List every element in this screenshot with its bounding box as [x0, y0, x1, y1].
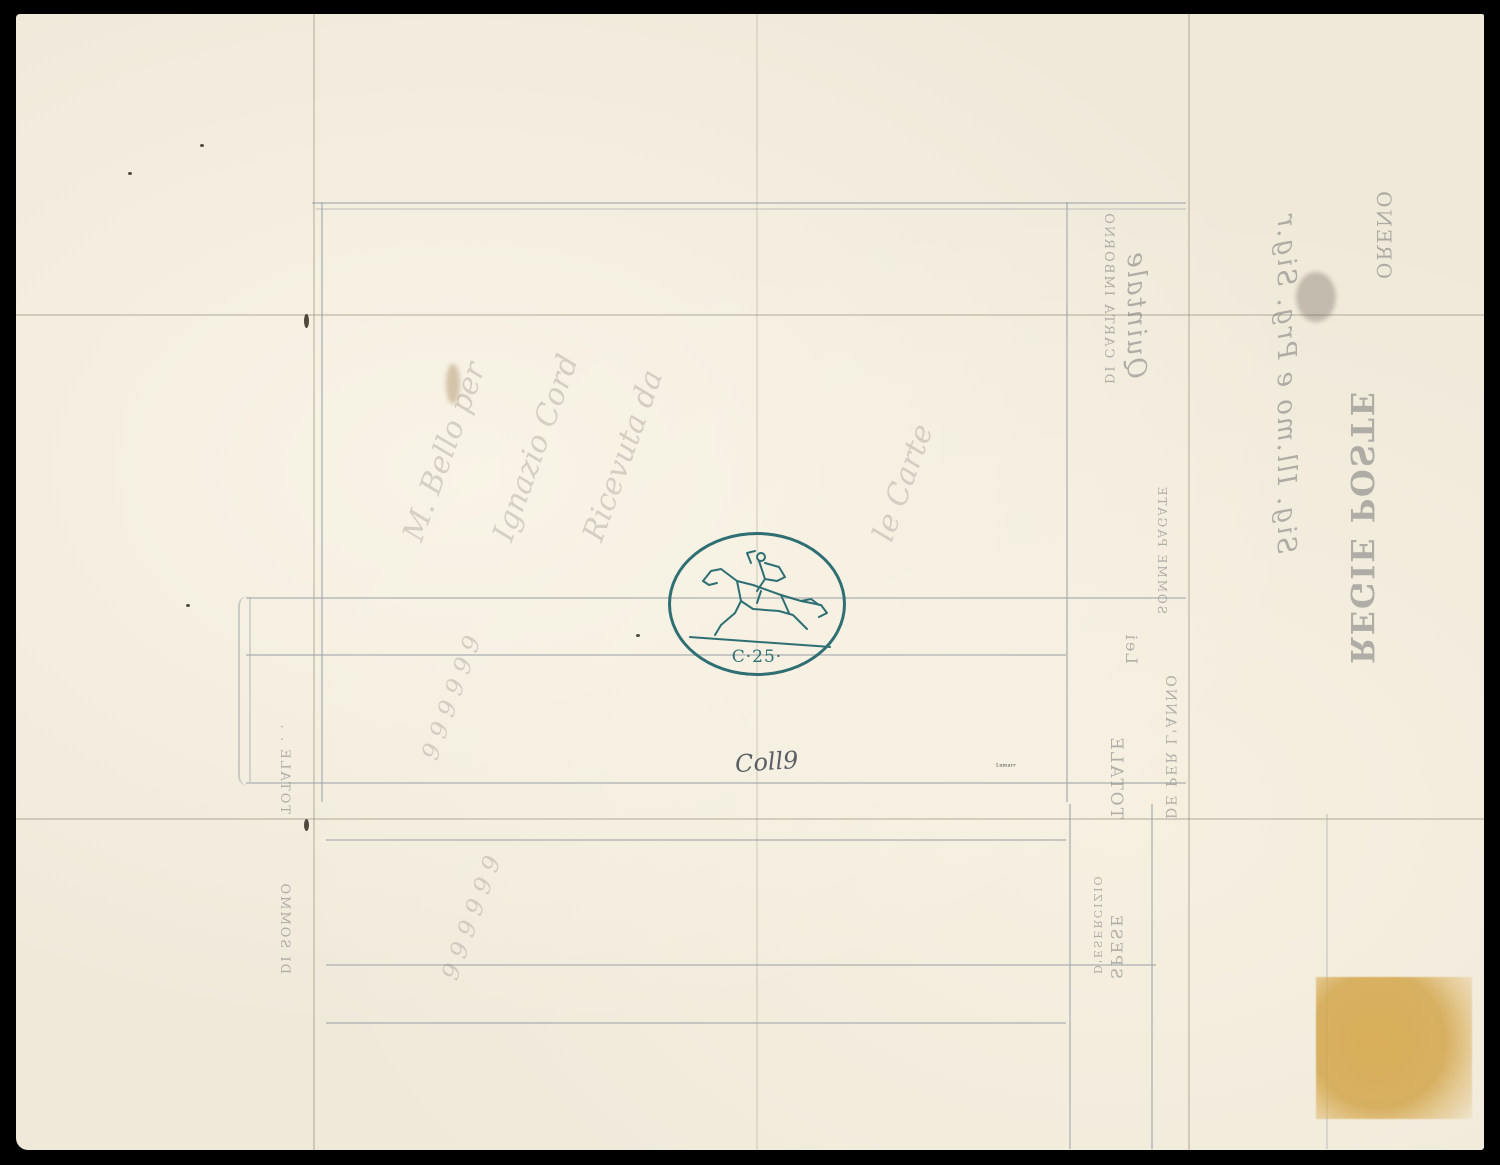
ghost-text-spese: SPESE: [1107, 913, 1126, 979]
ghost-text-mark: Lei: [1122, 633, 1141, 664]
fold-line-upper: [16, 314, 1484, 316]
form-rule: [246, 654, 1066, 656]
stain-spot: [446, 364, 460, 404]
ghost-text-anno: DE PER L'ANNO: [1162, 673, 1178, 819]
speck: [636, 634, 640, 637]
form-rule: [326, 839, 1066, 841]
bleed-through-script: 9 9 9 9 9 9: [416, 632, 487, 764]
bleed-through-script: Ricevuta da: [576, 365, 670, 546]
ghost-text-totale: TOTALE: [1106, 735, 1126, 819]
form-rule: [321, 202, 323, 802]
ghost-text-oreno: ORENO: [1372, 189, 1396, 279]
form-rule: [316, 208, 1186, 210]
postmark-value: C·25·: [671, 647, 843, 667]
bleed-through-script: Ignazio Cord: [486, 350, 586, 546]
bleed-through-script: M. Bello per: [396, 358, 493, 546]
form-rule: [1069, 804, 1071, 1149]
ghost-text-regie-poste: REGIE POSTE: [1343, 390, 1381, 664]
speck: [128, 172, 132, 175]
form-rule: [326, 1022, 1066, 1024]
ghost-text-column-script: Quintale: [1121, 250, 1151, 379]
form-rule: [1151, 804, 1153, 1149]
horse-rider-icon: [681, 543, 837, 643]
postmark-oval: C·25·: [668, 532, 846, 676]
speck: [304, 314, 309, 328]
yellow-stain: [1316, 977, 1472, 1119]
handwritten-note: Coll9: [734, 746, 799, 778]
form-rule: [1066, 202, 1068, 802]
fold-line-left: [313, 14, 315, 1150]
ghost-text-column-header: DI CARTA IMBORNO: [1101, 211, 1116, 384]
bracket-shape: [238, 596, 258, 786]
ghost-text-left-bottom: DI SOMMO: [277, 881, 292, 974]
speck: [186, 604, 190, 607]
bleed-through-script: le Carte: [866, 419, 941, 545]
speck: [304, 819, 309, 831]
ghost-text-esercizio: D'ESERCIZIO: [1091, 875, 1104, 975]
tiny-mark: ᴸᵘᵐᵃʳʳ: [996, 762, 1016, 771]
form-rule: [312, 202, 1186, 204]
fold-line-lower: [16, 818, 1484, 820]
form-rule: [246, 782, 1186, 784]
speck: [200, 144, 204, 147]
ghost-text-somme: SOMME PAGATE: [1155, 485, 1169, 614]
stain-spot: [1296, 272, 1336, 322]
ghost-text-address: Sig. Ill.mo e Prg. Sig.r: [1271, 213, 1301, 554]
ghost-text-left-totale: TOTALE . .: [277, 723, 292, 814]
fold-line-right: [1188, 14, 1190, 1150]
